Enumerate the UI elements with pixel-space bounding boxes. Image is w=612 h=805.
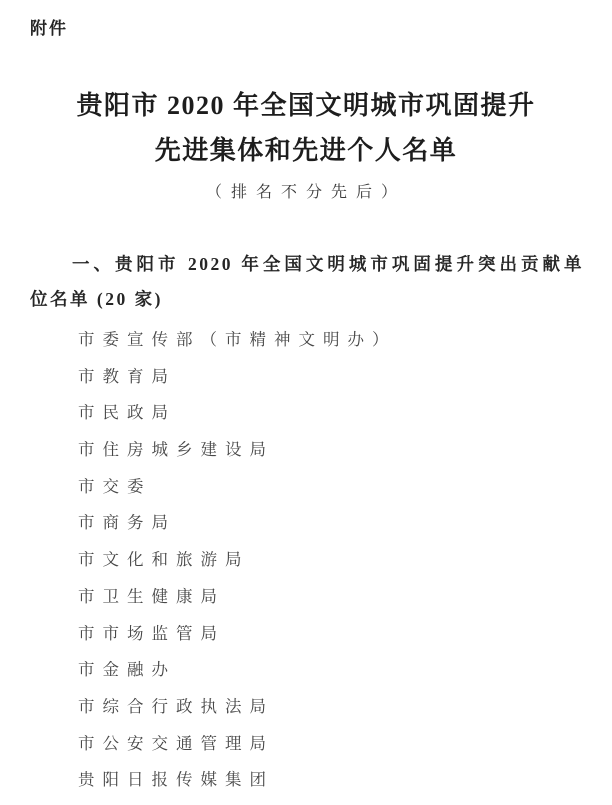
unit-list-item: 市金融办 [78,652,592,689]
unit-list-item: 市综合行政执法局 [78,689,592,726]
unit-list-item: 市商务局 [78,505,592,542]
unit-list-item: 市住房城乡建设局 [78,432,592,469]
section-heading-line2: 位名单 (20 家) [30,282,584,317]
section-heading-line1: 一、贵阳市 2020 年全国文明城市巩固提升突出贡献单 [30,247,584,282]
unit-list-item: 市民政局 [78,395,592,432]
section-heading: 一、贵阳市 2020 年全国文明城市巩固提升突出贡献单 位名单 (20 家) [30,247,584,317]
unit-list-item: 贵阳日报传媒集团 [78,762,592,799]
attachment-label: 附件 [30,14,68,39]
document-page: 附件 贵阳市 2020 年全国文明城市巩固提升 先进集体和先进个人名单 （排名不… [0,0,612,805]
unit-list: 市委宣传部（市精神文明办） 市教育局 市民政局 市住房城乡建设局 市交委 市商务… [78,322,592,799]
ranking-note: （排名不分先后） [0,179,612,202]
unit-list-item: 市交委 [78,469,592,506]
unit-list-item: 市教育局 [78,359,592,396]
unit-list-item: 市文化和旅游局 [78,542,592,579]
document-title-line2: 先进集体和先进个人名单 [0,130,612,167]
document-title-line1: 贵阳市 2020 年全国文明城市巩固提升 [0,85,612,122]
unit-list-item: 市市场监管局 [78,616,592,653]
unit-list-item: 市卫生健康局 [78,579,592,616]
unit-list-item: 市委宣传部（市精神文明办） [78,322,592,359]
unit-list-item: 市公安交通管理局 [78,726,592,763]
